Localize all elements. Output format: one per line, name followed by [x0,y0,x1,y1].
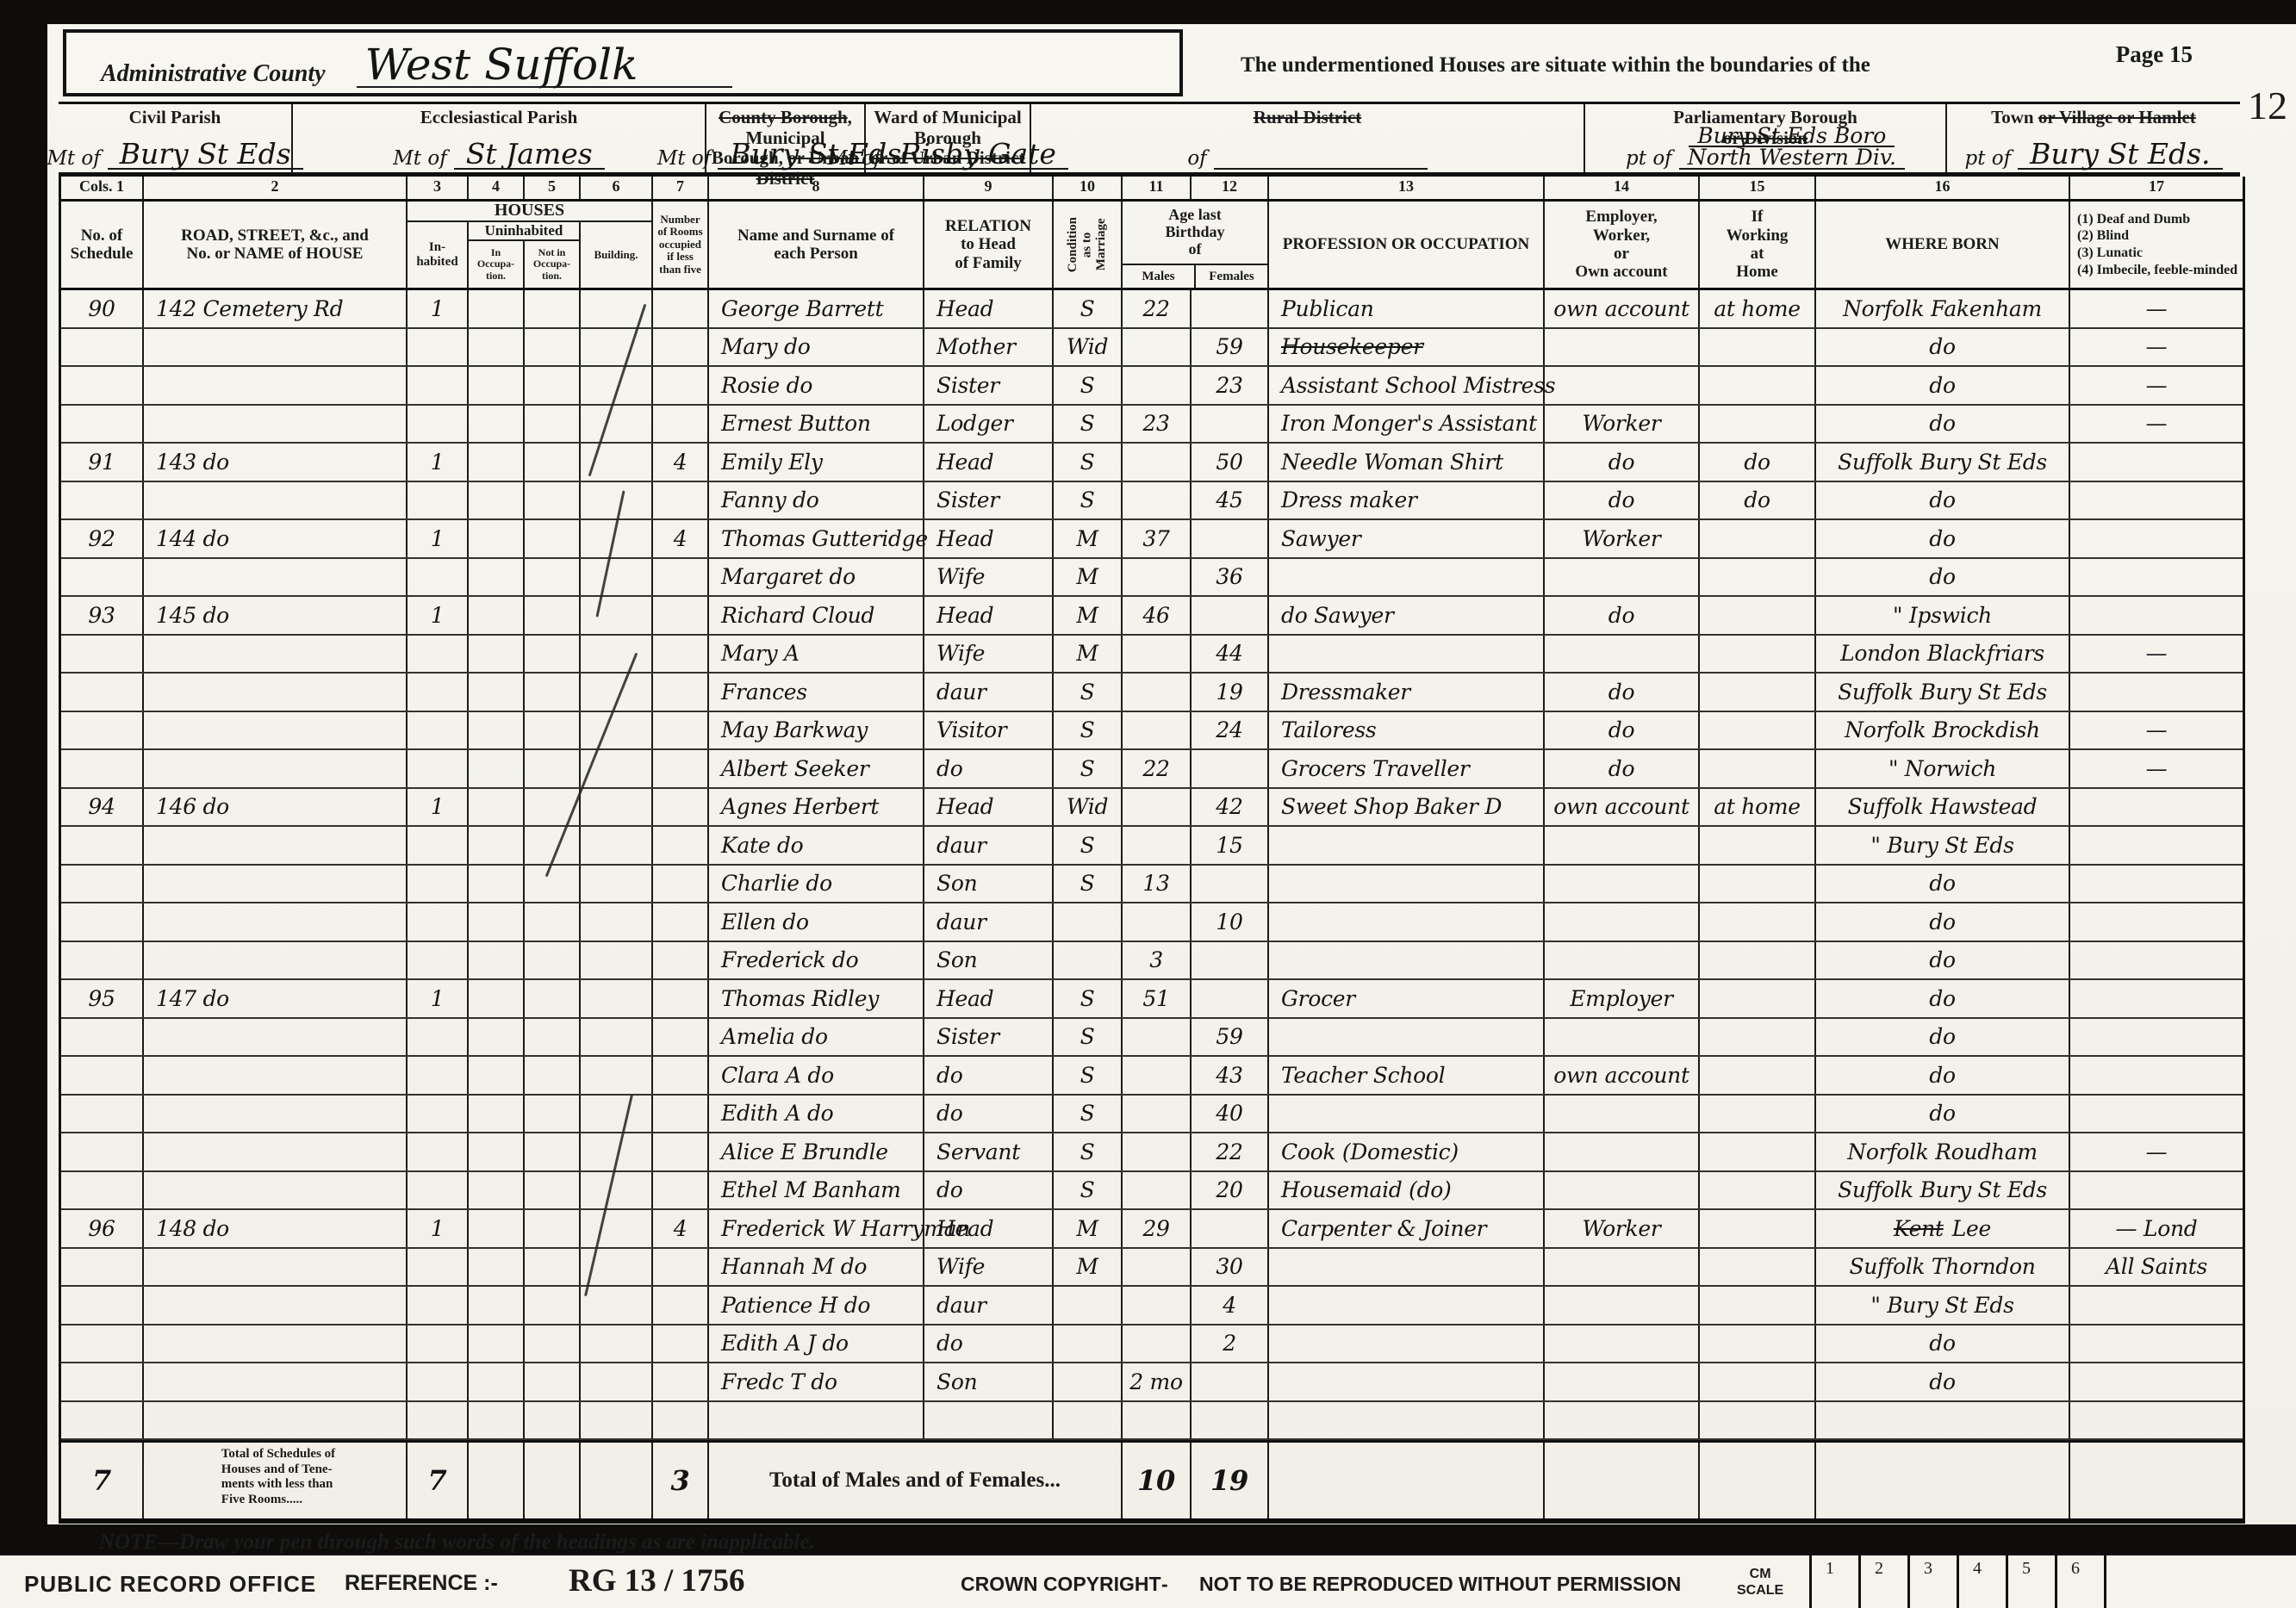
cell-text: Emily Ely [721,450,823,475]
cell-af [1192,942,1269,979]
cell-sched: 95 [61,980,144,1017]
cell-text: 143 do [156,450,229,475]
cell-cond: S [1054,406,1123,443]
blank-row [61,1402,2243,1441]
paper: Administrative County West Suffolk The u… [47,24,2296,1524]
cell-sched [61,1133,144,1170]
cell-emp [1545,329,1700,366]
district-value-text: Bury St Eds [108,142,303,170]
cell-inh: 1 [408,980,469,1017]
cell-home [1700,903,1816,941]
cell-cond [1054,1287,1123,1324]
cell-text: 3 [1149,947,1163,972]
col-number: 13 [1269,177,1545,199]
cell-inh [408,942,469,979]
cell-inocc [469,559,525,596]
cell-sched: 96 [61,1210,144,1247]
district-town: Town or Village or Hamletpt ofBury St Ed… [1947,104,2240,172]
cell-inf: — [2070,712,2243,749]
cell-text: Suffolk Hawstead [1848,794,2038,819]
crown-copyright-label: CROWN COPYRIGHT [961,1573,1161,1596]
cell-born: do [1816,482,2070,519]
cell-emp: do [1545,444,1700,481]
col-header-females: Females [1196,265,1267,288]
cell-text: own account [1553,1063,1689,1088]
blank-cell [525,1402,581,1439]
cell-text: S [1080,717,1095,742]
cell-text: do [936,1331,962,1356]
cell-text: Needle Woman Shirt [1281,450,1503,475]
condition-vertical-text: Condition as to Marriage [1066,217,1109,272]
cell-notocc [525,367,581,404]
cell-rel: Servant [924,1133,1054,1170]
cell-text: " Bury St Eds [1870,1293,2013,1318]
cell-text: 1 [431,603,445,628]
cell-text: 42 [1216,794,1242,819]
cell-text: 93 [88,603,115,628]
cell-emp [1545,1019,1700,1056]
cell-inocc [469,636,525,673]
cell-sched [61,406,144,443]
cell-notocc [525,1363,581,1400]
cell-text: S [1080,833,1095,858]
district-label-segment: Town [1991,107,2038,127]
cell-text: 2 mo [1129,1369,1182,1394]
cell-inh: 1 [408,444,469,481]
cell-inh [408,1019,469,1056]
cell-bld [581,1326,653,1363]
cell-text: 142 Cemetery Rd [156,296,343,321]
cell-inocc [469,1019,525,1056]
cm-scale-label: CM SCALE [1737,1566,1783,1599]
cell-text: M [1076,603,1098,628]
cell-text: Norfolk Roudham [1847,1139,2037,1164]
cell-am: 37 [1123,520,1192,557]
cell-emp [1545,903,1700,941]
cell-cond: S [1054,866,1123,903]
cell-name: Edith A do [709,1096,924,1133]
cell-notocc [525,636,581,673]
cell-text: 22 [1142,296,1169,321]
cell-born: do [1816,367,2070,404]
blank-cell [1545,1402,1700,1439]
cell-af: 45 [1192,482,1269,519]
cell-text: daur [936,680,986,705]
cell-name: Hannah M do [709,1249,924,1286]
cell-cond [1054,1326,1123,1363]
cell-occ [1269,942,1545,979]
cell-home: do [1700,482,1816,519]
col-header-infirmity: (1) Deaf and Dumb (2) Blind (3) Lunatic … [2070,202,2243,288]
col-number: 9 [924,177,1054,199]
district-label-segment: or Village or Hamlet [2038,107,2196,127]
cell-bld [581,903,653,941]
cell-am [1123,1096,1192,1133]
cell-emp [1545,636,1700,673]
cell-text: " Bury St Eds [1870,833,2013,858]
cell-am [1123,1249,1192,1286]
district-ecclesiastical-parish: Ecclesiastical ParishMt ofSt James [293,104,706,172]
cell-text: Ellen do [721,910,809,934]
cell-text: — Lond [2116,1216,2198,1241]
cell-text: Worker [1582,526,1660,551]
cell-name: Frederick W Harryman [709,1210,924,1247]
cell-born: Norfolk Brockdish [1816,712,2070,749]
cell-home [1700,674,1816,711]
cell-inocc [469,1210,525,1247]
totals-empty-cell [2070,1443,2243,1518]
census-table: Cols. 1234567891011121314151617 No. of S… [59,177,2245,1524]
cell-rooms [653,559,709,596]
cell-cond: M [1054,597,1123,634]
cell-home [1700,406,1816,443]
cell-am [1123,827,1192,864]
cell-text: do [1929,986,1955,1011]
cell-cond: S [1054,1019,1123,1056]
col-number: 8 [709,177,924,199]
cell-addr: 144 do [144,520,408,557]
cell-bld [581,1287,653,1324]
cell-sched [61,1249,144,1286]
totals-left-label: Total of Schedules of Houses and of Tene… [144,1443,408,1518]
cell-born: do [1816,942,2070,979]
cell-text: Sister [936,1024,999,1049]
blank-cell [61,1402,144,1439]
cell-inf [2070,866,2243,903]
cell-text: May Barkway [721,717,868,742]
cell-text: Head [936,794,993,819]
cell-rooms [653,712,709,749]
cell-am [1123,329,1192,366]
cell-text: 4 [674,526,688,551]
cell-text: 4 [674,450,688,475]
cell-inh: 1 [408,290,469,327]
district-ward-of-municipal-borough: Ward of Municipal Boroughor of Urban Dis… [866,104,1031,172]
cell-born: do [1816,866,2070,903]
cell-emp: Worker [1545,406,1700,443]
cell-inh [408,329,469,366]
cell-inocc [469,789,525,826]
cell-born: do [1816,1019,2070,1056]
cell-text: S [1080,871,1095,896]
cell-occ: Dress maker [1269,482,1545,519]
cell-text: do [936,1063,962,1088]
cell-rel: do [924,1172,1054,1209]
cell-text: Edith A do [721,1101,833,1126]
cell-occ: Needle Woman Shirt [1269,444,1545,481]
blank-cell [581,1402,653,1439]
col-header-relation: RELATION to Head of Family [924,202,1054,288]
district-label: Civil Parish [59,108,291,128]
cell-text: do [1929,373,1955,398]
cell-occ: Housemaid (do) [1269,1172,1545,1209]
cell-inf [2070,520,2243,557]
cell-rooms [653,406,709,443]
col-header-name: Name and Surname of each Person [709,202,924,288]
cell-cond [1054,903,1123,941]
cell-emp [1545,1133,1700,1170]
administrative-county-label: Administrative County [101,60,326,88]
cell-text: Alice E Brundle [721,1139,888,1164]
cell-text: Norfolk Brockdish [1845,717,2040,742]
cell-sched [61,1363,144,1400]
cell-born: do [1816,1363,2070,1400]
cell-born: " Bury St Eds [1816,827,2070,864]
cell-home [1700,1096,1816,1133]
cell-rel: Wife [924,559,1054,596]
col-header-schedule: No. of Schedule [61,202,144,288]
totals-females: 19 [1192,1443,1269,1518]
cell-home [1700,329,1816,366]
district-value-prefix: Mt of [47,147,100,170]
cell-name: Amelia do [709,1019,924,1056]
cell-text: Head [936,1216,993,1241]
cell-rel: daur [924,827,1054,864]
cell-emp [1545,827,1700,864]
col-number: 12 [1192,177,1269,199]
blank-cell [1054,1402,1123,1439]
cell-born: do [1816,980,2070,1017]
cell-name: Kate do [709,827,924,864]
cell-cond: Wid [1054,789,1123,826]
cell-addr: 146 do [144,789,408,826]
cell-text: 22 [1216,1139,1242,1164]
cell-inocc [469,1326,525,1363]
blank-cell [2070,1402,2243,1439]
cell-text: S [1080,1139,1095,1164]
cell-addr [144,1363,408,1400]
cell-rel: do [924,750,1054,787]
cell-text: Head [936,986,993,1011]
cell-addr [144,636,408,673]
cell-bld [581,1363,653,1400]
cell-text: 59 [1216,334,1242,359]
cell-home [1700,636,1816,673]
cell-name: Alice E Brundle [709,1133,924,1170]
cell-text: 92 [88,526,115,551]
col-number: 14 [1545,177,1700,199]
cell-occ [1269,559,1545,596]
cell-text: 45 [1216,487,1242,512]
cell-sched [61,329,144,366]
cell-emp [1545,559,1700,596]
cell-af: 2 [1192,1326,1269,1363]
cell-notocc [525,712,581,749]
cell-bld [581,1057,653,1094]
cell-inf [2070,827,2243,864]
cell-cond: S [1054,827,1123,864]
cell-sched: 91 [61,444,144,481]
cell-text: Patience H do [721,1293,870,1318]
cell-text: do [1608,756,1634,781]
cell-rooms [653,1019,709,1056]
cell-text: do [1929,334,1955,359]
cell-rel: Sister [924,367,1054,404]
cell-notocc [525,1133,581,1170]
cell-am: 23 [1123,406,1192,443]
totals-males: 10 [1123,1443,1192,1518]
cell-born: Suffolk Hawstead [1816,789,2070,826]
cell-rel: do [924,1326,1054,1363]
cell-notocc [525,1210,581,1247]
cell-text: Fanny do [721,487,818,512]
district-value-lines: Bury St Eds BoroNorth Western Div. [1679,126,1905,171]
cell-text: do [1929,487,1955,512]
cell-af: 15 [1192,827,1269,864]
boundary-note: The undermentioned Houses are situate wi… [1241,53,1870,78]
district-value-line: North Western Div. [1679,147,1905,170]
cell-inf: — [2070,290,2243,327]
cell-sched [61,1096,144,1133]
cell-text: Suffolk Thorndon [1849,1254,2035,1279]
cell-af: 22 [1192,1133,1269,1170]
cell-occ: Grocers Traveller [1269,750,1545,787]
cell-text: 145 do [156,603,229,628]
cell-inh [408,406,469,443]
cell-name: Ernest Button [709,406,924,443]
cell-occ: Grocer [1269,980,1545,1017]
cell-emp: do [1545,597,1700,634]
cell-text: Head [936,603,993,628]
cell-name: Richard Cloud [709,597,924,634]
cell-text: Son [936,1369,977,1394]
cell-rooms [653,1249,709,1286]
cell-sched [61,712,144,749]
cell-af: 36 [1192,559,1269,596]
cell-am [1123,789,1192,826]
cell-sched [61,903,144,941]
table-row: Clara A dodoS43Teacher Schoolown account… [61,1057,2243,1096]
cell-emp: own account [1545,290,1700,327]
cell-text: 43 [1216,1063,1242,1088]
cell-am [1123,482,1192,519]
cell-name: Charlie do [709,866,924,903]
cell-am [1123,1133,1192,1170]
cell-occ: Cook (Domestic) [1269,1133,1545,1170]
cell-addr [144,1057,408,1094]
cell-text: M [1076,1254,1098,1279]
cell-name: Agnes Herbert [709,789,924,826]
cell-text: Publican [1281,296,1374,321]
cell-home [1700,367,1816,404]
cell-bld [581,827,653,864]
cell-inh [408,482,469,519]
district-value-prefix: Mt of [827,147,880,170]
cell-notocc [525,903,581,941]
cell-af: 4 [1192,1287,1269,1324]
cell-addr: 145 do [144,597,408,634]
cell-inocc [469,903,525,941]
cell-am [1123,636,1192,673]
cell-emp: Worker [1545,520,1700,557]
census-page-scan: Administrative County West Suffolk The u… [0,0,2296,1608]
cell-af: 43 [1192,1057,1269,1094]
cell-text: — [2146,334,2168,359]
table-row: 94146 do1Agnes HerbertHeadWid42Sweet Sho… [61,789,2243,828]
table-row: Rosie doSisterS23Assistant School Mistre… [61,367,2243,406]
col-header-profession: PROFESSION OR OCCUPATION [1269,202,1545,288]
table-row: Ellen dodaur10do [61,903,2243,942]
cell-occ: Carpenter & Joiner [1269,1210,1545,1247]
cell-text: Hannah M do [721,1254,867,1279]
cell-text: do [1929,411,1955,436]
cell-rel: Head [924,290,1054,327]
cell-emp [1545,866,1700,903]
cell-text: do [936,1101,962,1126]
district-value: Mt ofRisby Gate [866,142,1030,170]
cell-bld [581,329,653,366]
cell-notocc [525,980,581,1017]
cell-text: do [1929,526,1955,551]
cell-born: do [1816,1326,2070,1363]
cell-emp: Worker [1545,1210,1700,1247]
cell-born: " Ipswich [1816,597,2070,634]
cell-text: Head [936,526,993,551]
col-number: 15 [1700,177,1816,199]
cell-text: do [1608,450,1634,475]
cell-text: Carpenter & Joiner [1281,1216,1486,1241]
cell-notocc [525,1326,581,1363]
cell-name: Mary do [709,329,924,366]
cell-addr [144,1172,408,1209]
cell-cond: S [1054,1096,1123,1133]
col-header-males: Males [1123,265,1196,288]
cell-addr [144,329,408,366]
col-number: 17 [2070,177,2243,199]
cell-sched [61,559,144,596]
cell-am [1123,444,1192,481]
cell-am [1123,674,1192,711]
administrative-county-value: West Suffolk [357,46,733,88]
cell-inocc [469,1287,525,1324]
district-label-segment: Civil Parish [129,107,221,127]
cell-rooms: 4 [653,444,709,481]
cell-text: 15 [1216,833,1242,858]
cell-af: 59 [1192,1019,1269,1056]
footer-bar: PUBLIC RECORD OFFICE REFERENCE :- RG 13 … [0,1553,2296,1608]
col-number: Cols. 1 [61,177,144,199]
district-label: Town or Village or Hamlet [1947,108,2240,128]
district-value-text: Bury St Eds. [2018,142,2222,170]
table-body: 90142 Cemetery Rd1George BarrettHeadS22P… [61,290,2243,1402]
cell-name: Emily Ely [709,444,924,481]
cell-rel: daur [924,1287,1054,1324]
scale-tick: 6 [2057,1555,2106,1608]
cell-rooms [653,866,709,903]
infirmity-line: (2) Blind [2077,227,2129,245]
cell-emp [1545,1096,1700,1133]
cell-inocc [469,482,525,519]
cell-inf: — [2070,636,2243,673]
col-header-not-in-occupation: Not in Occupa- tion. [525,241,579,288]
cell-born: do [1816,903,2070,941]
cell-af: 44 [1192,636,1269,673]
cell-text: do [1929,871,1955,896]
cell-text: Lee [1952,1216,1991,1241]
cell-text: — [2146,641,2168,666]
cell-bld [581,406,653,443]
cell-born: London Blackfriars [1816,636,2070,673]
cell-text: S [1080,1101,1095,1126]
cell-sched [61,942,144,979]
page-number: Page 15 [2116,41,2193,68]
cell-text: " Ipswich [1893,603,1992,628]
blank-cell [653,1402,709,1439]
cell-inh: 1 [408,520,469,557]
cell-text: Amelia do [721,1024,828,1049]
cell-born: do [1816,1057,2070,1094]
cell-name: Clara A do [709,1057,924,1094]
